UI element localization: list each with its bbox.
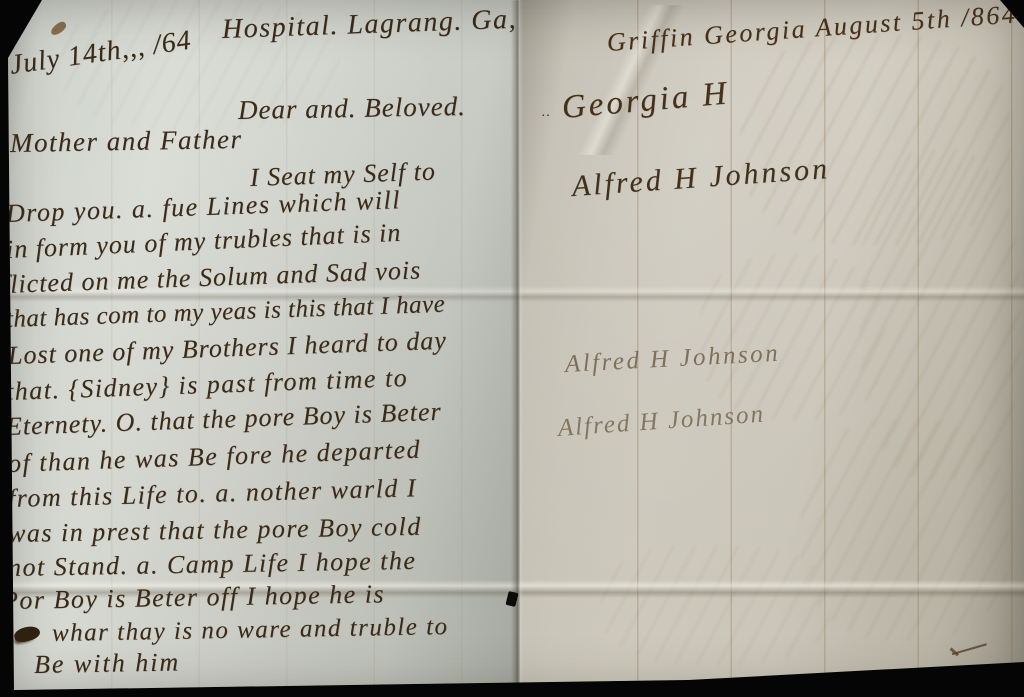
ink-bleedthrough bbox=[800, 420, 1010, 640]
ink-bleedthrough bbox=[600, 545, 830, 665]
letter-body-line: Be with him bbox=[34, 647, 181, 680]
letter-paper: Hospital. Lagrang. Ga, July 14th,,, /64 … bbox=[0, 0, 1024, 697]
letter-photograph: Hospital. Lagrang. Ga, July 14th,,, /64 … bbox=[0, 0, 1024, 697]
ink-bleedthrough bbox=[700, 255, 885, 420]
salutation-line: Mother and Father bbox=[10, 124, 243, 159]
ditto-marks: ‥ bbox=[541, 104, 552, 121]
salutation-line: Dear and. Beloved. bbox=[238, 91, 466, 126]
